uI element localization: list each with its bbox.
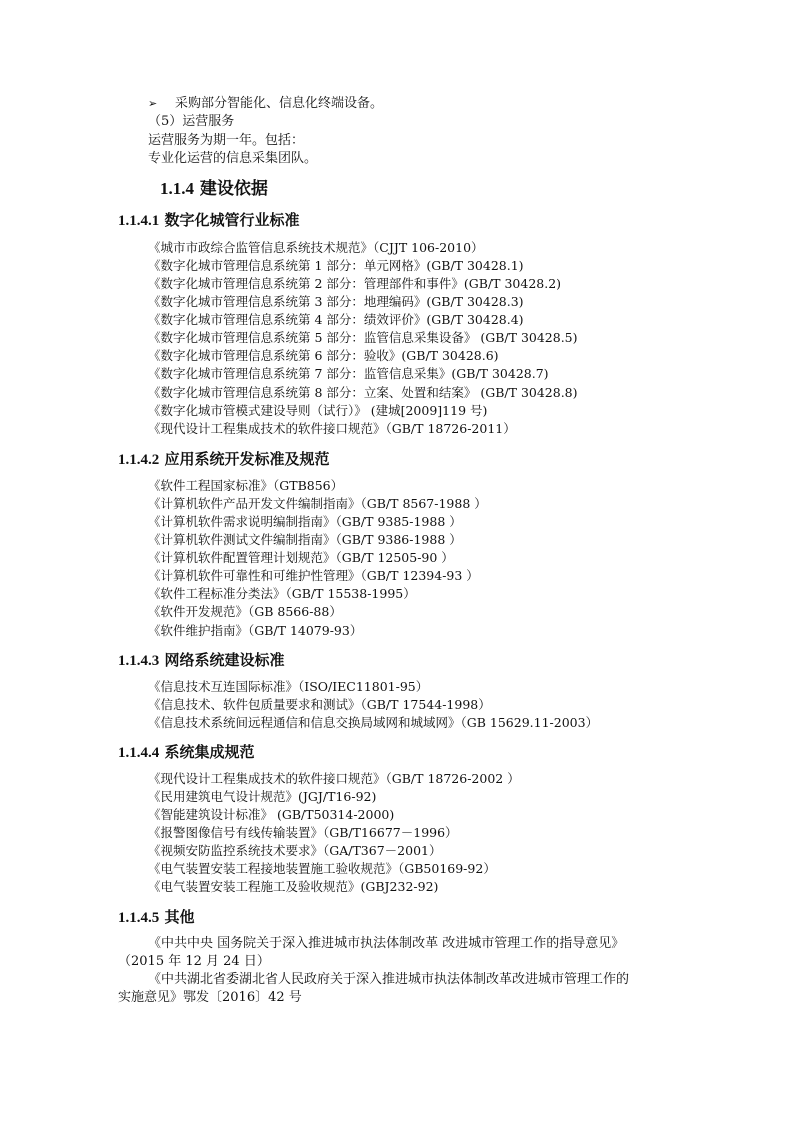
reference-item: 《数字化城市管理信息系统第 5 部分：监管信息采集设备》 (GB/T 30428… bbox=[148, 329, 578, 347]
section-title: 建设依据 bbox=[200, 179, 268, 199]
reference-item: 《计算机软件需求说明编制指南》（GB/T 9385-1988 ） bbox=[148, 513, 462, 531]
paragraph-line: 实施意见》鄂发〔2016〕42 号 bbox=[118, 989, 302, 1007]
reference-item: 《数字化城市管理信息系统第 8 部分：立案、处置和结案》 (GB/T 30428… bbox=[148, 384, 578, 402]
subsection-heading: 1.1.4.3 网络系统建设标准 bbox=[118, 650, 285, 671]
reference-item: 《数字化城市管理信息系统第 1 部分：单元网格》(GB/T 30428.1) bbox=[148, 257, 524, 275]
paragraph-line: 《中共湖北省委湖北省人民政府关于深入推进城市执法体制改革改进城市管理工作的 bbox=[148, 971, 629, 989]
bullet-item: ➢采购部分智能化、信息化终端设备。 bbox=[148, 95, 383, 113]
reference-item: 《现代设计工程集成技术的软件接口规范》（GB/T 18726-2011） bbox=[148, 420, 516, 438]
reference-item: 《视频安防监控系统技术要求》（GA/T367－2001） bbox=[148, 842, 441, 860]
reference-item: 《计算机软件可靠性和可维护性管理》（GB/T 12394-93 ） bbox=[148, 567, 479, 585]
reference-item: 《信息技术系统间远程通信和信息交换局域网和城域网》（GB 15629.11-20… bbox=[148, 714, 598, 732]
subsection-heading: 1.1.4.5 其他 bbox=[118, 907, 195, 928]
subsection-heading: 1.1.4.4 系统集成规范 bbox=[118, 742, 255, 763]
reference-item: 《计算机软件产品开发文件编制指南》（GB/T 8567-1988 ） bbox=[148, 495, 487, 513]
subsection-title: 系统集成规范 bbox=[164, 743, 254, 761]
item5-line1: 运营服务为期一年。包括： bbox=[148, 132, 304, 150]
reference-item: 《电气装置安装工程接地装置施工验收规范》（GB50169-92） bbox=[148, 860, 496, 878]
paragraph-line: 《中共中央 国务院关于深入推进城市执法体制改革 改进城市管理工作的指导意见》 bbox=[148, 935, 624, 953]
arrow-bullet-icon: ➢ bbox=[148, 95, 175, 113]
subsection-number: 1.1.4.3 bbox=[118, 653, 159, 669]
reference-item: 《数字化城市管理信息系统第 4 部分：绩效评价》(GB/T 30428.4) bbox=[148, 311, 524, 329]
reference-item: 《数字化城市管理信息系统第 3 部分：地理编码》(GB/T 30428.3) bbox=[148, 293, 524, 311]
reference-item: 《数字化城市管理信息系统第 7 部分：监管信息采集》(GB/T 30428.7) bbox=[148, 365, 549, 383]
subsection-number: 1.1.4.1 bbox=[118, 213, 159, 229]
reference-item: 《软件开发规范》（GB 8566-88） bbox=[148, 603, 342, 621]
reference-item: 《软件维护指南》（GB/T 14079-93） bbox=[148, 622, 362, 640]
reference-item: 《城市市政综合监管信息系统技术规范》（CJJT 106-2010） bbox=[148, 239, 484, 257]
reference-item: 《数字化城市管理信息系统第 2 部分：管理部件和事件》(GB/T 30428.2… bbox=[148, 275, 561, 293]
reference-item: 《报警图像信号有线传输装置》（GB/T16677－1996） bbox=[148, 824, 458, 842]
reference-item: 《电气装置安装工程施工及验收规范》(GBJ232-92) bbox=[148, 878, 438, 896]
reference-item: 《现代设计工程集成技术的软件接口规范》（GB/T 18726-2002 ） bbox=[148, 770, 520, 788]
subsection-title: 数字化城管行业标准 bbox=[164, 211, 299, 229]
bullet-text: 采购部分智能化、信息化终端设备。 bbox=[175, 96, 383, 111]
reference-item: 《软件工程国家标准》（GTB856） bbox=[148, 477, 343, 495]
paragraph-line: （2015 年 12 月 24 日） bbox=[118, 953, 270, 971]
subsection-title: 应用系统开发标准及规范 bbox=[164, 450, 329, 468]
reference-item: 《信息技术、软件包质量要求和测试》（GB/T 17544-1998） bbox=[148, 696, 491, 714]
subsection-title: 其他 bbox=[164, 908, 194, 926]
reference-item: 《信息技术互连国际标准》（ISO/IEC11801-95） bbox=[148, 678, 428, 696]
reference-item: 《智能建筑设计标准》 (GB/T50314-2000) bbox=[148, 806, 394, 824]
reference-item: 《民用建筑电气设计规范》(JGJ/T16-92) bbox=[148, 788, 376, 806]
reference-item: 《计算机软件测试文件编制指南》（GB/T 9386-1988 ） bbox=[148, 531, 462, 549]
document-page: ➢采购部分智能化、信息化终端设备。 （5）运营服务 运营服务为期一年。包括： 专… bbox=[0, 0, 793, 1122]
reference-item: 《计算机软件配置管理计划规范》（GB/T 12505-90 ） bbox=[148, 549, 454, 567]
reference-item: 《数字化城市管理信息系统第 6 部分：验收》(GB/T 30428.6) bbox=[148, 347, 499, 365]
subsection-title: 网络系统建设标准 bbox=[164, 651, 284, 669]
subsection-number: 1.1.4.5 bbox=[118, 910, 159, 926]
reference-item: 《软件工程标准分类法》（GB/T 15538-1995） bbox=[148, 585, 416, 603]
subsection-heading: 1.1.4.1 数字化城管行业标准 bbox=[118, 210, 300, 231]
section-number: 1.1.4 bbox=[160, 179, 194, 198]
item5-title: （5）运营服务 bbox=[148, 113, 234, 131]
reference-item: 《数字化城市管模式建设导则（试行）》 (建城[2009]119 号) bbox=[148, 402, 487, 420]
subsection-heading: 1.1.4.2 应用系统开发标准及规范 bbox=[118, 449, 330, 470]
section-heading: 1.1.4 建设依据 bbox=[160, 178, 268, 200]
subsection-number: 1.1.4.2 bbox=[118, 452, 159, 468]
subsection-number: 1.1.4.4 bbox=[118, 745, 159, 761]
item5-line2: 专业化运营的信息采集团队。 bbox=[148, 150, 317, 168]
